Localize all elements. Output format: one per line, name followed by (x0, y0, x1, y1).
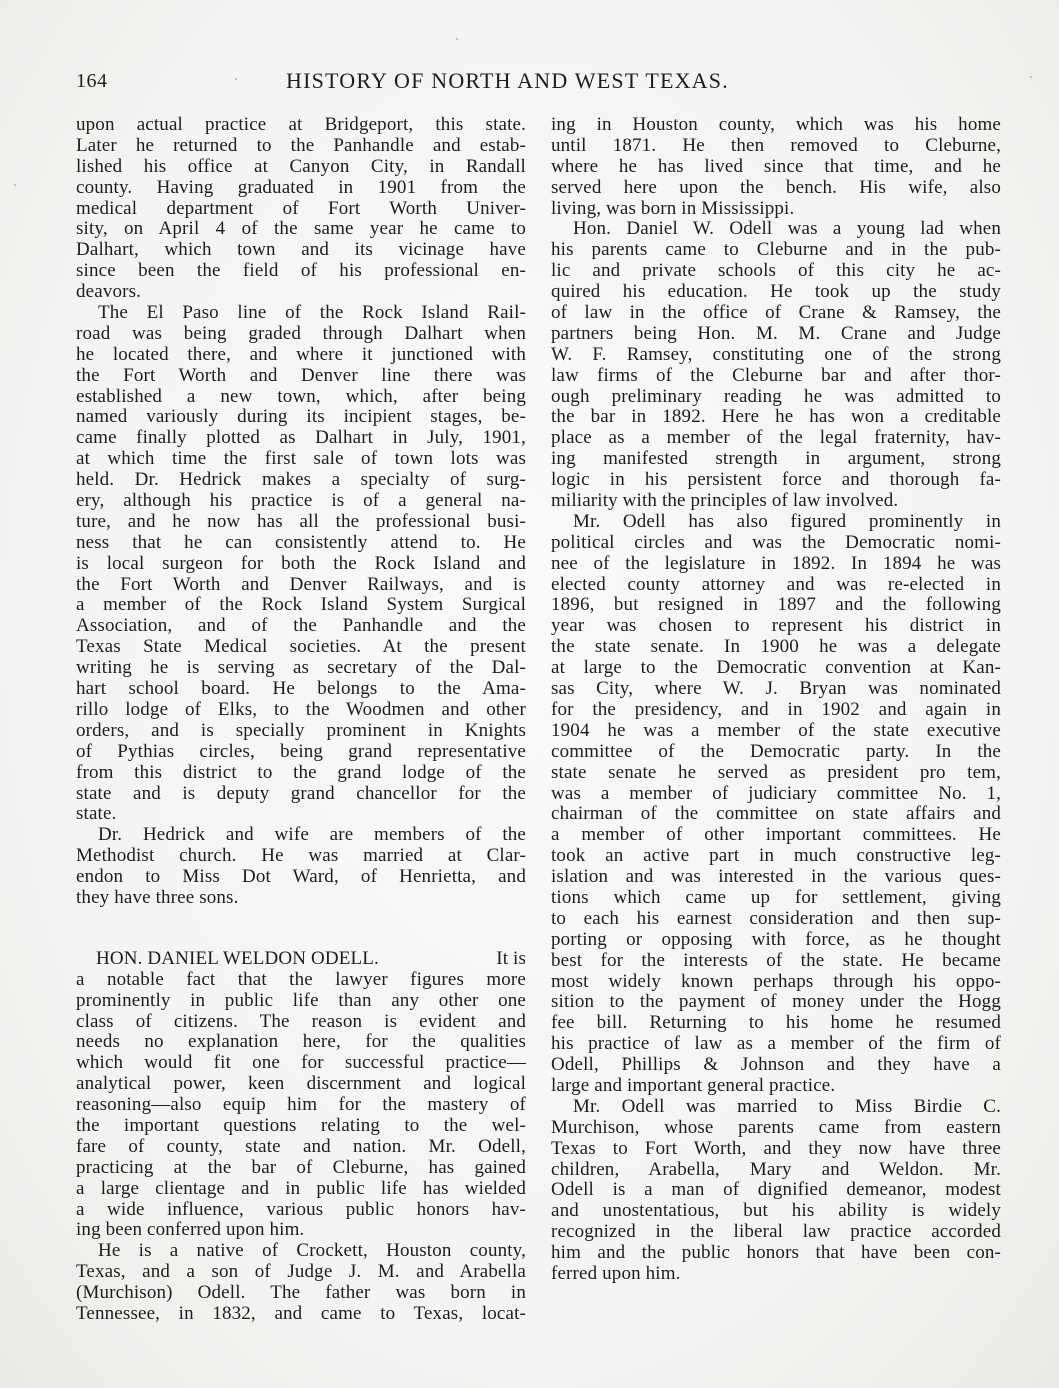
text-line: ing manifested strength in argument, str… (551, 449, 1001, 470)
text-line: at which time the first sale of town lot… (76, 449, 526, 470)
running-title: HISTORY OF NORTH AND WEST TEXAS. (286, 68, 729, 94)
text-line: ture, and he now has all the professiona… (76, 512, 526, 533)
text-line: large and important general practice. (551, 1076, 1001, 1097)
text-line: ing in Houston county, which was his hom… (551, 115, 1001, 136)
text-line: The El Paso line of the Rock Island Rail… (76, 303, 526, 324)
text-line: the Fort Worth and Denver line there was (76, 366, 526, 387)
text-line: Texas State Medical societies. At the pr… (76, 637, 526, 658)
text-line: came finally plotted as Dalhart in July,… (76, 428, 526, 449)
text-line: prominently in public life than any othe… (76, 991, 526, 1012)
text-line: Texas to Fort Worth, and they now have t… (551, 1139, 1001, 1160)
text-line: miliarity with the principles of law inv… (551, 491, 1001, 512)
text-line: Mr. Odell has also figured prominently i… (551, 512, 1001, 533)
text-line: Dr. Hedrick and wife are members of the (76, 825, 526, 846)
text-line: Texas, and a son of Judge J. M. and Arab… (76, 1262, 526, 1283)
text-line: served here upon the bench. His wife, al… (551, 178, 1001, 199)
text-line: ing been conferred upon him. (76, 1220, 526, 1241)
text-line: Methodist church. He was married at Clar… (76, 846, 526, 867)
text-line: upon actual practice at Bridgeport, this… (76, 115, 526, 136)
heading-tail-text: It is (496, 949, 526, 970)
text-line: class of citizens. The reason is evident… (76, 1012, 526, 1033)
text-line: Odell is a man of dignified demeanor, mo… (551, 1180, 1001, 1201)
scan-speck (456, 38, 458, 40)
text-line: of Pythias circles, being grand represen… (76, 742, 526, 763)
text-line: was a member of judiciary committee No. … (551, 784, 1001, 805)
text-line: to each his earnest consideration and th… (551, 909, 1001, 930)
left-column: upon actual practice at Bridgeport, this… (76, 115, 526, 1325)
text-line: of law in the office of Crane & Ramsey, … (551, 303, 1001, 324)
text-line: ough preliminary reading he was admitted… (551, 387, 1001, 408)
paragraph-el-paso-line: The El Paso line of the Rock Island Rail… (76, 303, 526, 825)
text-line: sition to the payment of money under the… (551, 992, 1001, 1013)
text-line: lic and private schools of this city he … (551, 261, 1001, 282)
text-line: nee of the legislature in 1892. In 1894 … (551, 554, 1001, 575)
text-line: the bar in 1892. Here he has won a credi… (551, 407, 1001, 428)
text-line: sity, on April 4 of the same year he cam… (76, 219, 526, 240)
text-line: from this district to the grand lodge of… (76, 763, 526, 784)
text-line: where he has lived since that time, and … (551, 157, 1001, 178)
text-line: Later he returned to the Panhandle and e… (76, 136, 526, 157)
text-line: 1896, but resigned in 1897 and the follo… (551, 595, 1001, 616)
text-line: living, was born in Mississippi. (551, 199, 1001, 220)
paragraph-marriage: Mr. Odell was married to Miss Birdie C. … (551, 1097, 1001, 1285)
text-line: writing he is serving as secretary of th… (76, 658, 526, 679)
section-odell: HON. DANIEL WELDON ODELL. It is a notabl… (76, 949, 526, 1241)
text-line: he located there, and where it junctione… (76, 345, 526, 366)
text-line: a notable fact that the lawyer figures m… (76, 970, 526, 991)
text-line: road was being graded through Dalhart wh… (76, 324, 526, 345)
text-line: his practice of law as a member of the f… (551, 1034, 1001, 1055)
text-line: a wide influence, various public honors … (76, 1200, 526, 1221)
text-line: they have three sons. (76, 888, 526, 909)
right-column: ing in Houston county, which was his hom… (551, 115, 1001, 1285)
text-line: ferred upon him. (551, 1264, 1001, 1285)
text-line: Mr. Odell was married to Miss Birdie C. (551, 1097, 1001, 1118)
text-line: Odell, Phillips & Johnson and they have … (551, 1055, 1001, 1076)
text-line: Dalhart, which town and its vicinage hav… (76, 240, 526, 261)
text-line: the important questions relating to the … (76, 1116, 526, 1137)
text-line: him and the public honors that have been… (551, 1243, 1001, 1264)
text-line: elected county attorney and was re-elect… (551, 575, 1001, 596)
text-line: children, Arabella, Mary and Weldon. Mr. (551, 1160, 1001, 1181)
text-line: medical department of Fort Worth Univer- (76, 199, 526, 220)
text-line: tions which came up for settlement, givi… (551, 888, 1001, 909)
text-line: county. Having graduated in 1901 from th… (76, 178, 526, 199)
text-line: fee bill. Returning to his home he resum… (551, 1013, 1001, 1034)
text-line: held. Dr. Hedrick makes a specialty of s… (76, 470, 526, 491)
text-line: a member of the Rock Island System Surgi… (76, 595, 526, 616)
text-line: rillo lodge of Elks, to the Woodmen and … (76, 700, 526, 721)
text-line: fare of county, state and nation. Mr. Od… (76, 1137, 526, 1158)
text-line: Tennessee, in 1832, and came to Texas, l… (76, 1304, 526, 1325)
text-line: best for the interests of the state. He … (551, 951, 1001, 972)
text-line: law firms of the Cleburne bar and after … (551, 366, 1001, 387)
text-line: quired his education. He took up the stu… (551, 282, 1001, 303)
text-line: committee of the Democratic party. In th… (551, 742, 1001, 763)
paragraph-odell-origin: He is a native of Crockett, Houston coun… (76, 1241, 526, 1325)
text-line: state. (76, 804, 526, 825)
text-line: which would fit one for successful pract… (76, 1053, 526, 1074)
text-line: until 1871. He then removed to Cleburne, (551, 136, 1001, 157)
text-line: named variously during its incipient sta… (76, 407, 526, 428)
text-line: endon to Miss Dot Ward, of Henrietta, an… (76, 867, 526, 888)
text-line: established a new town, which, after bei… (76, 387, 526, 408)
text-line: recognized in the liberal law practice a… (551, 1222, 1001, 1243)
text-line: W. F. Ramsey, constituting one of the st… (551, 345, 1001, 366)
text-line: analytical power, keen discernment and l… (76, 1074, 526, 1095)
text-line: practicing at the bar of Cleburne, has g… (76, 1158, 526, 1179)
book-page: 164 HISTORY OF NORTH AND WEST TEXAS. upo… (0, 0, 1059, 1388)
paragraph-education: Hon. Daniel W. Odell was a young lad whe… (551, 219, 1001, 511)
text-line: the Fort Worth and Denver Railways, and … (76, 575, 526, 596)
text-line: Association, and of the Panhandle and th… (76, 616, 526, 637)
text-line: a member of other important committees. … (551, 825, 1001, 846)
text-line: chairman of the committee on state affai… (551, 804, 1001, 825)
text-line: at large to the Democratic convention at… (551, 658, 1001, 679)
text-line: since been the field of his professional… (76, 261, 526, 282)
text-line: state and is deputy grand chancellor for… (76, 784, 526, 805)
text-line: orders, and is specially prominent in Kn… (76, 721, 526, 742)
text-line: Hon. Daniel W. Odell was a young lad whe… (551, 219, 1001, 240)
text-line: political circles and was the Democratic… (551, 533, 1001, 554)
text-line: lished his office at Canyon City, in Ran… (76, 157, 526, 178)
paragraph-hedrick-career: upon actual practice at Bridgeport, this… (76, 115, 526, 303)
text-line: for the presidency, and in 1902 and agai… (551, 700, 1001, 721)
scan-speck (1030, 76, 1032, 78)
page-header: 164 HISTORY OF NORTH AND WEST TEXAS. (76, 68, 976, 98)
text-line: needs no explanation here, for the quali… (76, 1032, 526, 1053)
text-line: He is a native of Crockett, Houston coun… (76, 1241, 526, 1262)
biography-heading: HON. DANIEL WELDON ODELL. (96, 949, 379, 970)
text-line: year was chosen to represent his distric… (551, 616, 1001, 637)
scan-speck (14, 184, 16, 186)
text-line: sas City, where W. J. Bryan was nominate… (551, 679, 1001, 700)
text-line: took an active part in much constructive… (551, 846, 1001, 867)
text-line: ery, although his practice is of a gener… (76, 491, 526, 512)
paragraph-hedrick-family: Dr. Hedrick and wife are members of the … (76, 825, 526, 909)
text-line: his parents came to Cleburne and in the … (551, 240, 1001, 261)
text-line: deavors. (76, 282, 526, 303)
text-line: Murchison, whose parents came from easte… (551, 1118, 1001, 1139)
text-line: ness that he can consistently attend to.… (76, 533, 526, 554)
text-line: porting or opposing with force, as he th… (551, 930, 1001, 951)
text-line: (Murchison) Odell. The father was born i… (76, 1283, 526, 1304)
text-line: hart school board. He belongs to the Ama… (76, 679, 526, 700)
text-line: HON. DANIEL WELDON ODELL. It is (76, 949, 526, 970)
paragraph-political-career: Mr. Odell has also figured prominently i… (551, 512, 1001, 1097)
paragraph-father: ing in Houston county, which was his hom… (551, 115, 1001, 219)
text-line: most widely known perhaps through his op… (551, 972, 1001, 993)
text-line: reasoning—also equip him for the mastery… (76, 1095, 526, 1116)
text-line: a large clientage and in public life has… (76, 1179, 526, 1200)
scan-speck (235, 78, 237, 80)
text-line: partners being Hon. M. M. Crane and Judg… (551, 324, 1001, 345)
text-line: the state senate. In 1900 he was a deleg… (551, 637, 1001, 658)
text-line: logic in his persistent force and thorou… (551, 470, 1001, 491)
page-number: 164 (76, 70, 108, 93)
text-line: state senate he served as president pro … (551, 763, 1001, 784)
section-gap (76, 909, 526, 949)
text-line: place as a member of the legal fraternit… (551, 428, 1001, 449)
text-line: 1904 he was a member of the state execut… (551, 721, 1001, 742)
text-line: and unostentatious, but his ability is w… (551, 1201, 1001, 1222)
text-line: is local surgeon for both the Rock Islan… (76, 554, 526, 575)
text-line: islation and was interested in the vario… (551, 867, 1001, 888)
